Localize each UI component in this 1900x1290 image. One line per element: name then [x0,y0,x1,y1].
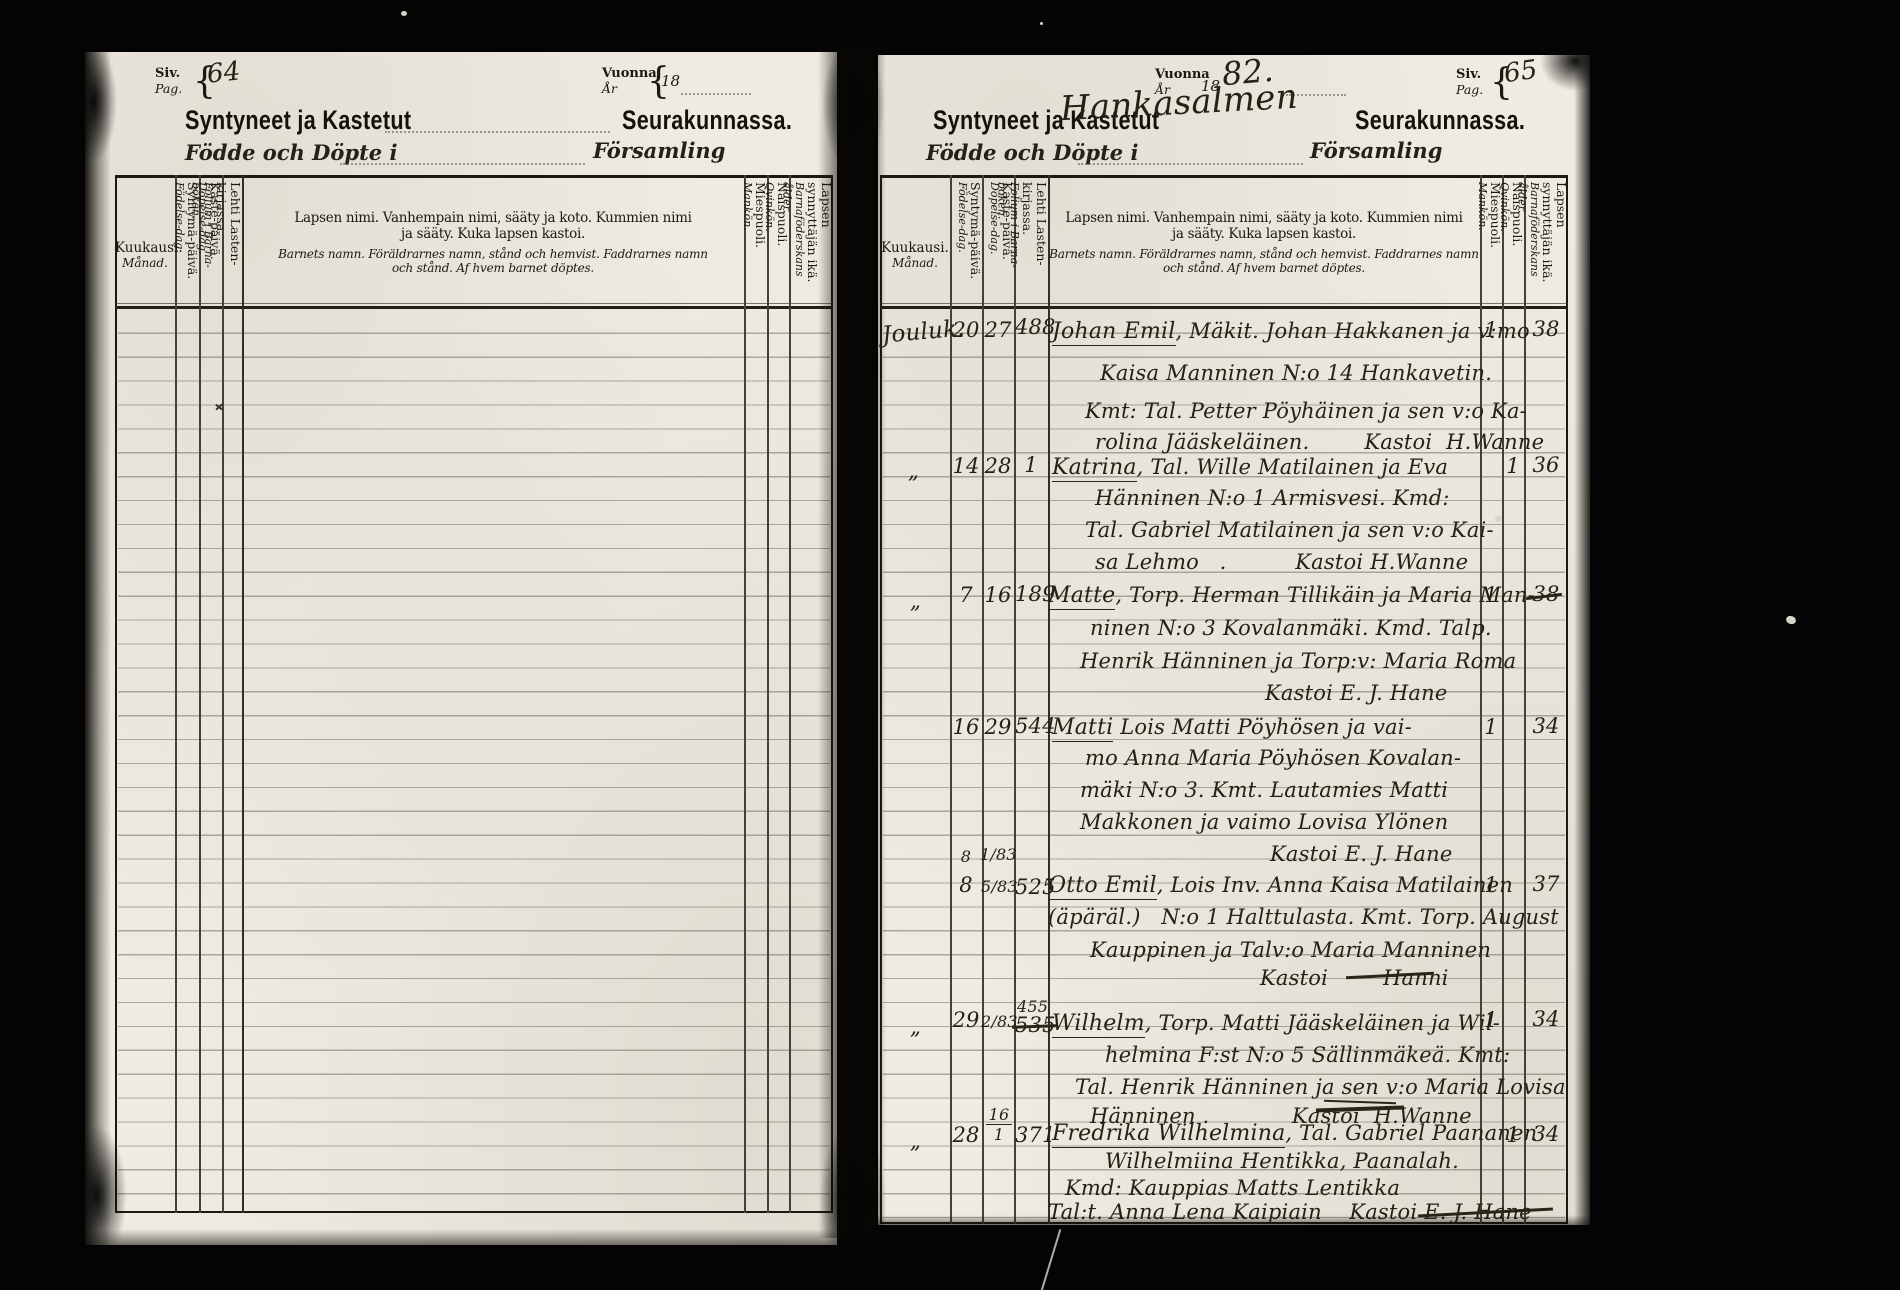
entry-text-line: ninen N:o 3 Kovalanmäki. Kmd. Talp. [1090,616,1492,640]
entry-text-line: Katrina, Tal. Wille Matilainen ja Eva [1052,455,1448,480]
main-label-sv-2: och stånd. Af hvem barnet döptes. [1048,261,1480,275]
birth-label-sv: Födelse-dag. [956,182,968,304]
main-label-sv-2: och stånd. Af hvem barnet döptes. [242,261,744,275]
left-siv-pag: Siv. Pag. [155,66,182,96]
column-line [789,175,791,1213]
age-label-fi: Lapsen synnyttäjän ikä. [1540,182,1568,304]
main-label-fi-2: ja sääty. Kuka lapsen kastoi. [242,226,744,242]
entry-text-line: Kmd: Kauppias Matts Lentikka [1065,1176,1400,1200]
entry-male-mark: 1 [1480,1008,1502,1032]
entry-month: „ [910,589,921,613]
entry-folio: 1 [1015,453,1047,477]
column-line [767,175,769,1213]
entry-text-line: Kauppinen ja Talv:o Maria Manninen [1090,938,1491,962]
entry-baptism-day: 28 [982,454,1014,478]
book-fold-shadow [818,48,886,1238]
entry-month: „ [910,1129,921,1153]
column-line [744,175,746,1213]
entry-text-line: Hänninen N:o 1 Armisvesi. Kmd: [1095,486,1450,510]
entry-female-mark: 1 [1502,1123,1524,1147]
folio-label-fi: Lehti Lasten-kirjassa. [214,182,242,304]
col-age-header: Lapsen synnyttäjän ikä. Barnaföderskans … [1524,182,1568,304]
female-label-sv: Qvinkön. [763,182,775,304]
entry-baptism-day: 5/83 [981,877,1018,896]
entry-note-birth: 8 [950,847,982,866]
child-name: Matte [1048,583,1115,610]
entry-line1-rest: , Tal. Gabriel Paananen [1285,1121,1537,1145]
right-title-suffix: Seurakunnassa. [1355,105,1525,136]
main-label-sv-1: Barnets namn. Föräldrarnes namn, stånd o… [242,247,744,261]
col-main-header: Lapsen nimi. Vanhempain nimi, sääty ja k… [1048,210,1480,275]
right-page-bottom-shadow [878,1215,1590,1225]
entry-birth-day: 28 [950,1123,982,1147]
col-month-header: Kuukausi. Månad. [115,240,175,270]
corner-blotch [67,1125,127,1265]
entry-birth-day: 20 [950,318,982,342]
entry-text-line: sa Lehmo . Kastoi H.Wanne [1095,550,1468,574]
entry-text-line: Wilhelm, Torp. Matti Jääskeläinen ja Wil… [1052,1011,1500,1036]
entry-line1-rest: , Tal. Wille Matilainen ja Eva [1137,455,1448,479]
left-subtitle-suffix: Församling [593,138,725,163]
entry-mother-age: 37 [1528,872,1564,896]
left-title-dotted-line [385,130,610,133]
entry-text-line: Henrik Hänninen ja Torp:v: Maria Roma [1080,649,1516,673]
child-name: Wilhelm [1052,1011,1145,1038]
entry-mother-age: 34 [1528,1122,1564,1146]
left-page-number: 64 [206,56,242,89]
month-label-fi: Kuukausi. [115,240,175,256]
entry-text-line: Kmt: Tal. Petter Pöyhäinen ja sen v:o Ka… [1085,399,1527,423]
entry-text-line: rolina Jääskeläinen. Kastoi H.Wanne [1095,430,1544,454]
month-label-sv: Månad. [880,256,950,270]
right-page-edge-shadow [1574,55,1590,1225]
entry-text-line: Matti Lois Matti Pöyhösen ja vai- [1052,715,1412,740]
entry-note-baptism: 1/83 [980,845,1017,864]
column-line [222,175,224,1213]
female-label-sv: Qvinkön. [1498,182,1510,304]
entry-text-line: Matte, Torp. Herman Tillikäin ja Maria M… [1048,583,1535,608]
right-subtitle-suffix: Församling [1310,138,1442,163]
child-name: Johan Emil [1052,319,1176,346]
child-name: Matti [1052,715,1113,742]
left-subtitle-dotted-line [340,162,585,165]
entry-text-line: Wilhelmiina Hentikka, Paanalah. [1105,1149,1459,1173]
entry-text-line: mo Anna Maria Pöyhösen Kovalan- [1085,746,1461,770]
entry-text-line: mäki N:o 3. Kmt. Lautamies Matti [1080,778,1448,802]
entry-month: „ [908,459,919,483]
col-birth-day-header: Syntymä-päivä. Födelse-dag. [950,182,982,304]
col-month-header: Kuukausi. Månad. [880,240,950,270]
entry-folio: 544 [1015,714,1047,738]
dust-speck [1495,516,1502,522]
entry-month: „ [910,1015,921,1039]
main-label-fi-1: Lapsen nimi. Vanhempain nimi, sääty ja k… [1048,210,1480,226]
entry-male-mark: 1 [1480,873,1502,897]
entry-baptism-day: 29 [982,715,1014,739]
age-label-sv: Barnaföderskans ålder. [780,182,805,304]
left-ruled-rows [118,310,830,1211]
left-title: Syntyneet ja Kastetut [185,105,411,136]
fold-top-blotch [822,40,884,170]
baptism-fraction-bottom: 1 [986,1125,1012,1144]
folio-label-sv: Folium i Barna-boken. [189,182,214,304]
folio-label-sv: Folium i Barna-boken. [995,182,1020,304]
entry-text-line: (äpäräl.) N:o 1 Halttulasta. Kmt. Torp. … [1048,905,1559,929]
left-page-binding-shadow [85,52,111,1245]
birth-label-fi: Syntymä-päivä. [968,182,982,304]
entry-birth-day: 14 [950,454,982,478]
left-year-dotted-line [681,92,751,95]
entry-line1-rest: , Torp. Herman Tillikäin ja Maria Man- [1115,583,1535,607]
entry-baptism-day: 16 [982,583,1014,607]
dust-speck [401,11,407,16]
left-title-suffix: Seurakunnassa. [622,105,792,136]
fold-bottom-blotch [820,1120,886,1280]
right-parish-written: Hankasalmen [1059,77,1299,129]
entry-text-line: Kastoi E. J. Hane [1265,681,1447,705]
entry-line1-rest: , Mäkit. Johan Hakkanen ja v:mo [1176,319,1530,343]
column-line [175,175,177,1213]
right-page-number: 65 [1502,55,1539,89]
scanned-parish-register: Siv. Pag. { 64 Vuonna År { 18 Syntyneet … [0,0,1900,1290]
entry-female-mark: 1 [1502,454,1524,478]
page-crease-line [1041,1229,1062,1290]
left-page-bottom-shadow [85,1229,837,1245]
corner-blotch [71,42,117,162]
right-page: Vuonna År 18 82. Siv. Pag. { 65 Syntynee… [878,55,1590,1225]
left-page: Siv. Pag. { 64 Vuonna År { 18 Syntyneet … [85,52,837,1245]
column-line [199,175,201,1213]
entry-folio: 189 [1015,582,1047,606]
entry-line1-rest: , Lois Inv. Anna Kaisa Matilainen [1157,873,1513,897]
baptism-fraction-top: 16 [986,1105,1012,1125]
entry-mother-age: 36 [1528,453,1564,477]
child-name: Otto Emil [1048,873,1157,900]
age-label-sv: Barnaföderskans ålder. [1515,182,1540,304]
folio-label-fi: Lehti Lasten-kirjassa. [1020,182,1048,304]
entry-text-line: Kastoi E. J. Hane [1270,842,1452,866]
child-name: Katrina [1052,455,1137,482]
main-label-fi-2: ja sääty. Kuka lapsen kastoi. [1048,226,1480,242]
entry-birth-day: 16 [950,715,982,739]
dust-speck [1785,615,1797,626]
male-label-sv: Mankön. [741,182,753,304]
entry-text-line: Tal. Gabriel Matilainen ja sen v:o Kai- [1085,518,1494,542]
entry-line1-rest: , Torp. Matti Jääskeläinen ja Wil- [1145,1011,1500,1035]
entry-mother-age: 34 [1528,1007,1564,1031]
left-year-printed: 18 [661,72,680,90]
entry-text-line: Kaisa Manninen N:o 14 Hankavetin. [1100,361,1492,385]
entry-mother-age: 34 [1528,714,1564,738]
male-label-sv: Mankön. [1476,182,1488,304]
main-label-sv-1: Barnets namn. Föräldrarnes namn, stånd o… [1048,247,1480,261]
entry-text-line: Makkonen ja vaimo Lovisa Ylönen [1080,810,1448,834]
main-label-fi-1: Lapsen nimi. Vanhempain nimi, sääty ja k… [242,210,744,226]
pag-label: Pag. [1456,82,1483,97]
column-line [242,175,244,1213]
month-label-sv: Månad. [115,256,175,270]
entry-folio: 371 [1015,1123,1047,1147]
dust-speck [1040,22,1043,25]
month-label-fi: Kuukausi. [880,240,950,256]
col-folio-header: Lehti Lasten-kirjassa. Folium i Barna-bo… [222,182,242,304]
siv-label: Siv. [155,66,182,81]
birth-label-sv: Födelse-dag. [173,182,185,304]
right-siv-pag: Siv. Pag. [1456,67,1483,97]
siv-label: Siv. [1456,67,1483,82]
entry-line1-rest: Lois Matti Pöyhösen ja vai- [1113,715,1412,739]
entry-text-line: Fredrika Wilhelmina, Tal. Gabriel Paanan… [1052,1121,1537,1146]
entry-text-line: Otto Emil, Lois Inv. Anna Kaisa Matilain… [1048,873,1513,898]
pag-label: Pag. [155,81,182,96]
entry-mother-age: 38 [1528,317,1564,341]
entry-birth-day: 8 [950,873,982,897]
entry-male-mark: 1 [1480,715,1502,739]
entry-text-line: helmina F:st N:o 5 Sällinmäkeä. Kmt: [1105,1043,1510,1067]
corner-blotch [1540,31,1610,91]
entry-baptism-fraction: 16 1 [986,1105,1012,1144]
entry-text-line: Johan Emil, Mäkit. Johan Hakkanen ja v:m… [1052,319,1530,344]
col-main-header: Lapsen nimi. Vanhempain nimi, sääty ja k… [242,210,744,275]
entry-text-line: Tal. Henrik Hänninen ja sen v:o Maria Lo… [1075,1075,1566,1099]
child-name: Fredrika Wilhelmina [1052,1121,1285,1148]
entry-folio: 525 [1015,875,1047,899]
col-folio-header: Lehti Lasten-kirjassa. Folium i Barna-bo… [1014,182,1048,304]
entry-male-mark: 1 [1480,583,1502,607]
entry-male-mark: 1 [1480,318,1502,342]
entry-birth-day: 7 [950,583,982,607]
entry-birth-day: 29 [950,1008,982,1032]
entry-folio: 488 [1015,315,1047,339]
right-subtitle-dotted-line [1078,162,1303,165]
entry-baptism-day: 27 [982,318,1014,342]
